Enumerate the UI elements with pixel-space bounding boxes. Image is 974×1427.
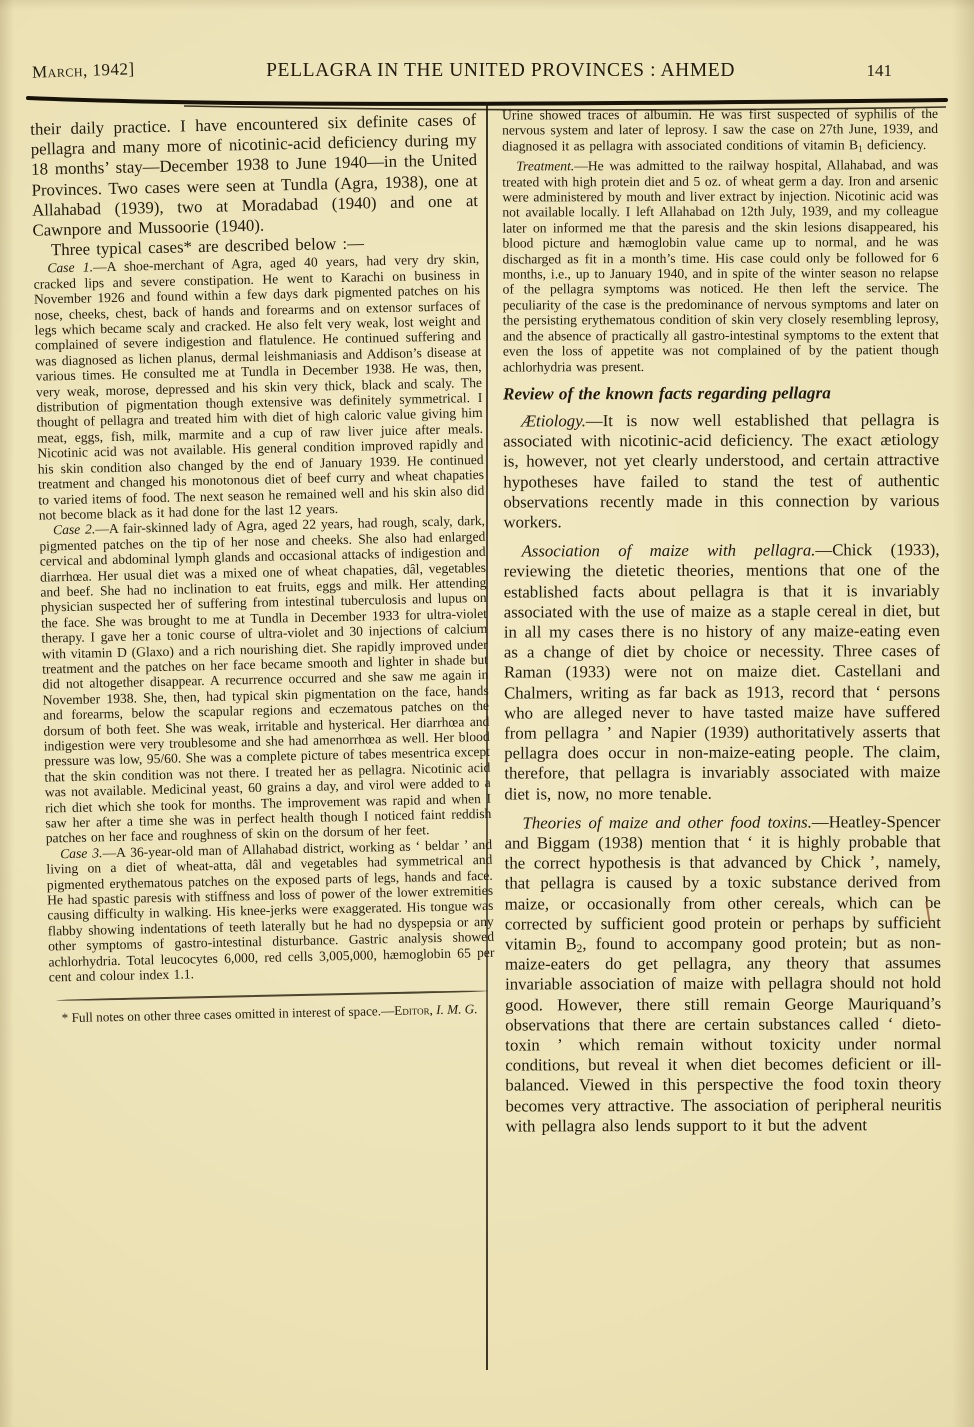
- running-title: PELLAGRA IN THE UNITED PROVINCES : AHMED: [135, 60, 867, 82]
- aetiology-label: Ætiology.: [521, 411, 586, 430]
- case-1-text: —A shoe-merchant of Agra, aged 40 years,…: [34, 251, 485, 522]
- paragraph-treatment: Treatment.—He was admitted to the railwa…: [502, 157, 939, 374]
- paragraph-association: Association of maize with pellagra.—Chic…: [504, 540, 941, 804]
- case-report-3: Case 3.—A 36-year-old man of Allahabad d…: [46, 837, 495, 985]
- paragraph-aetiology: Ætiology.—It is now well established tha…: [503, 410, 939, 533]
- case-report-2: Case 2.—A fair-skinned lady of Agra, age…: [39, 513, 492, 846]
- left-column: their daily practice. I have encountered…: [30, 110, 496, 1026]
- case-3-label: Case 3.: [60, 845, 103, 861]
- footnote: * Full notes on other three cases omitte…: [50, 1000, 496, 1026]
- paragraph-albumin: Urine showed traces of albumin. He was f…: [502, 106, 938, 154]
- paragraph-intro: their daily practice. I have encountered…: [30, 110, 479, 241]
- footnote-rule: [56, 989, 489, 1000]
- journal-page: March, 1942] PELLAGRA IN THE UNITED PROV…: [0, 0, 974, 1427]
- section-heading-review: Review of the known facts regarding pell…: [503, 383, 939, 405]
- case-2-label: Case 2.: [53, 522, 96, 538]
- albumin-text-post: deficiency.: [863, 137, 927, 152]
- theories-text-post: , found to accompany good protein; but a…: [505, 933, 942, 1135]
- case-report-1: Case 1.—A shoe-merchant of Agra, aged 40…: [33, 251, 485, 523]
- case-1-label: Case 1.: [47, 260, 93, 276]
- footnote-text: * Full notes on other three cases omitte…: [62, 1003, 395, 1025]
- paragraph-theories: Theories of maize and other food toxins.…: [504, 812, 941, 1137]
- association-text: —Chick (1933), reviewing the dietetic th…: [504, 540, 941, 803]
- footnote-editor-label: Editor,: [394, 1002, 433, 1018]
- page-number: 141: [867, 61, 893, 81]
- case-2-text: —A fair-skinned lady of Agra, aged 22 ye…: [39, 513, 491, 846]
- case-3-text: —A 36-year-old man of Allahabad district…: [46, 837, 494, 985]
- right-column: Urine showed traces of albumin. He was f…: [502, 106, 942, 1137]
- theories-label: Theories of maize and other food toxins.: [522, 812, 811, 832]
- page-header: March, 1942] PELLAGRA IN THE UNITED PROV…: [32, 60, 944, 82]
- treatment-label: Treatment.: [516, 158, 574, 173]
- footnote-journal-initials: I. M. G.: [433, 1001, 478, 1017]
- treatment-text: —He was admitted to the railway hospital…: [502, 157, 939, 374]
- association-label: Association of maize with pellagra.: [522, 541, 816, 561]
- issue-date: March, 1942]: [32, 59, 135, 83]
